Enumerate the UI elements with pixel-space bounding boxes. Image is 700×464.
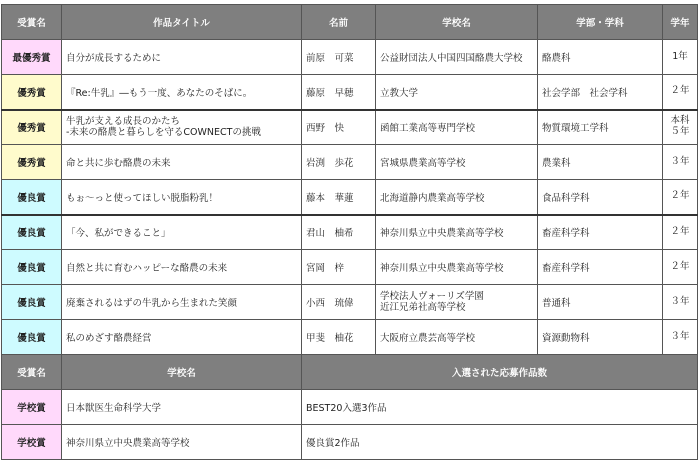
table-row: 最優秀賞 自分が成長するために 前原 可菜 公益財団法人中国四国酪農大学校 酪農…: [2, 40, 698, 75]
title-line-1: 牛乳が支える成長のかたち: [66, 116, 297, 127]
department-cell: 酪農科: [538, 40, 663, 75]
award-cell: 優秀賞: [2, 75, 62, 110]
award-cell: 優良賞: [2, 250, 62, 285]
grade-cell: ２年: [663, 215, 698, 250]
department-cell: 社会学部 社会学科: [538, 75, 663, 110]
title-cell: 命と共に歩む酪農の未来: [62, 145, 302, 180]
school-cell: 北海道静内農業高等学校: [376, 180, 538, 215]
table-row: 学校賞 神奈川県立中央農業高等学校 優良賞2作品: [2, 425, 698, 460]
header-department: 学部・学科: [538, 5, 663, 40]
count-cell: 優良賞2作品: [302, 425, 698, 460]
school-cell: 立教大学: [376, 75, 538, 110]
title-line-2: -未来の酪農と暮らしを守るCOWNECTの挑戦: [66, 127, 297, 138]
award-cell: 学校賞: [2, 390, 62, 425]
grade-cell: ２年: [663, 180, 698, 215]
grade-cell: 1年: [663, 40, 698, 75]
school-cell: 日本獣医生命科学大学: [62, 390, 302, 425]
award-cell: 学校賞: [2, 425, 62, 460]
award-cell: 優秀賞: [2, 110, 62, 145]
grade-cell: ３年: [663, 145, 698, 180]
grade-cell: ３年: [663, 285, 698, 320]
department-cell: 普通科: [538, 285, 663, 320]
name-cell: 藤本 華蓮: [302, 180, 376, 215]
award-cell: 優良賞: [2, 180, 62, 215]
name-cell: 前原 可菜: [302, 40, 376, 75]
title-cell: もぉ～っと使ってほしい脱脂粉乳！: [62, 180, 302, 215]
department-cell: 畜産科学科: [538, 215, 663, 250]
header-grade: 学年: [663, 5, 698, 40]
name-cell: 甲斐 柚花: [302, 320, 376, 355]
school-cell: 神奈川県立中央農業高等学校: [376, 250, 538, 285]
school-line-2: 近江兄弟社高等学校: [380, 302, 533, 313]
title-cell: 自然と共に育むハッピーな酪農の未来: [62, 250, 302, 285]
table-row: 優良賞 もぉ～っと使ってほしい脱脂粉乳！ 藤本 華蓮 北海道静内農業高等学校 食…: [2, 180, 698, 215]
title-cell: 「今、私ができること」: [62, 215, 302, 250]
table-header-row: 受賞名 作品タイトル 名前 学校名 学部・学科 学年: [2, 5, 698, 40]
table-row: 学校賞 日本獣医生命科学大学 BEST20入選3作品: [2, 390, 698, 425]
table-row: 優良賞 私のめざす酪農経営 甲斐 柚花 大阪府立農芸高等学校 資源動物科 ３年: [2, 320, 698, 355]
award-cell: 優秀賞: [2, 145, 62, 180]
school-cell: 函館工業高等専門学校: [376, 110, 538, 145]
department-cell: 物質環境工学科: [538, 110, 663, 145]
school-cell: 公益財団法人中国四国酪農大学校: [376, 40, 538, 75]
department-cell: 畜産科学科: [538, 250, 663, 285]
department-cell: 資源動物科: [538, 320, 663, 355]
awards-table: 受賞名 作品タイトル 名前 学校名 学部・学科 学年 最優秀賞 自分が成長するた…: [1, 4, 698, 355]
header-school: 学校名: [62, 355, 302, 390]
grade-line-2: ５年: [667, 127, 693, 138]
school-cell: 宮城県農業高等学校: [376, 145, 538, 180]
name-cell: 西野 快: [302, 110, 376, 145]
grade-cell: ３年: [663, 320, 698, 355]
header-school: 学校名: [376, 5, 538, 40]
name-cell: 岩渕 歩花: [302, 145, 376, 180]
header-name: 名前: [302, 5, 376, 40]
table-row: 優秀賞 牛乳が支える成長のかたち -未来の酪農と暮らしを守るCOWNECTの挑戦…: [2, 110, 698, 145]
header-title: 作品タイトル: [62, 5, 302, 40]
award-cell: 優良賞: [2, 215, 62, 250]
department-cell: 食品科学科: [538, 180, 663, 215]
header-count: 入選された応募作品数: [302, 355, 698, 390]
title-cell: 私のめざす酪農経営: [62, 320, 302, 355]
name-cell: 藤原 早穂: [302, 75, 376, 110]
school-cell: 神奈川県立中央農業高等学校: [62, 425, 302, 460]
name-cell: 小西 琉偉: [302, 285, 376, 320]
school-awards-table: 受賞名 学校名 入選された応募作品数 学校賞 日本獣医生命科学大学 BEST20…: [1, 354, 698, 460]
grade-cell: 本科 ５年: [663, 110, 698, 145]
name-cell: 宮岡 梓: [302, 250, 376, 285]
title-cell: 廃棄されるはずの牛乳から生まれた笑顔: [62, 285, 302, 320]
header-award: 受賞名: [2, 5, 62, 40]
title-cell: 自分が成長するために: [62, 40, 302, 75]
table-header-row: 受賞名 学校名 入選された応募作品数: [2, 355, 698, 390]
school-cell: 大阪府立農芸高等学校: [376, 320, 538, 355]
table-row: 優秀賞 命と共に歩む酪農の未来 岩渕 歩花 宮城県農業高等学校 農業科 ３年: [2, 145, 698, 180]
department-cell: 農業科: [538, 145, 663, 180]
table-row: 優良賞 廃棄されるはずの牛乳から生まれた笑顔 小西 琉偉 学校法人ヴォーリズ学園…: [2, 285, 698, 320]
school-cell: 学校法人ヴォーリズ学園 近江兄弟社高等学校: [376, 285, 538, 320]
count-cell: BEST20入選3作品: [302, 390, 698, 425]
award-cell: 優良賞: [2, 320, 62, 355]
header-award: 受賞名: [2, 355, 62, 390]
award-cell: 最優秀賞: [2, 40, 62, 75]
table-row: 優秀賞 『Re:牛乳』―もう一度、あなたのそばに。 藤原 早穂 立教大学 社会学…: [2, 75, 698, 110]
table-row: 優良賞 「今、私ができること」 君山 柚希 神奈川県立中央農業高等学校 畜産科学…: [2, 215, 698, 250]
table-row: 優良賞 自然と共に育むハッピーな酪農の未来 宮岡 梓 神奈川県立中央農業高等学校…: [2, 250, 698, 285]
grade-cell: ２年: [663, 75, 698, 110]
award-cell: 優良賞: [2, 285, 62, 320]
school-cell: 神奈川県立中央農業高等学校: [376, 215, 538, 250]
title-cell: 『Re:牛乳』―もう一度、あなたのそばに。: [62, 75, 302, 110]
grade-cell: ２年: [663, 250, 698, 285]
name-cell: 君山 柚希: [302, 215, 376, 250]
title-cell: 牛乳が支える成長のかたち -未来の酪農と暮らしを守るCOWNECTの挑戦: [62, 110, 302, 145]
school-line-1: 学校法人ヴォーリズ学園: [380, 291, 533, 302]
